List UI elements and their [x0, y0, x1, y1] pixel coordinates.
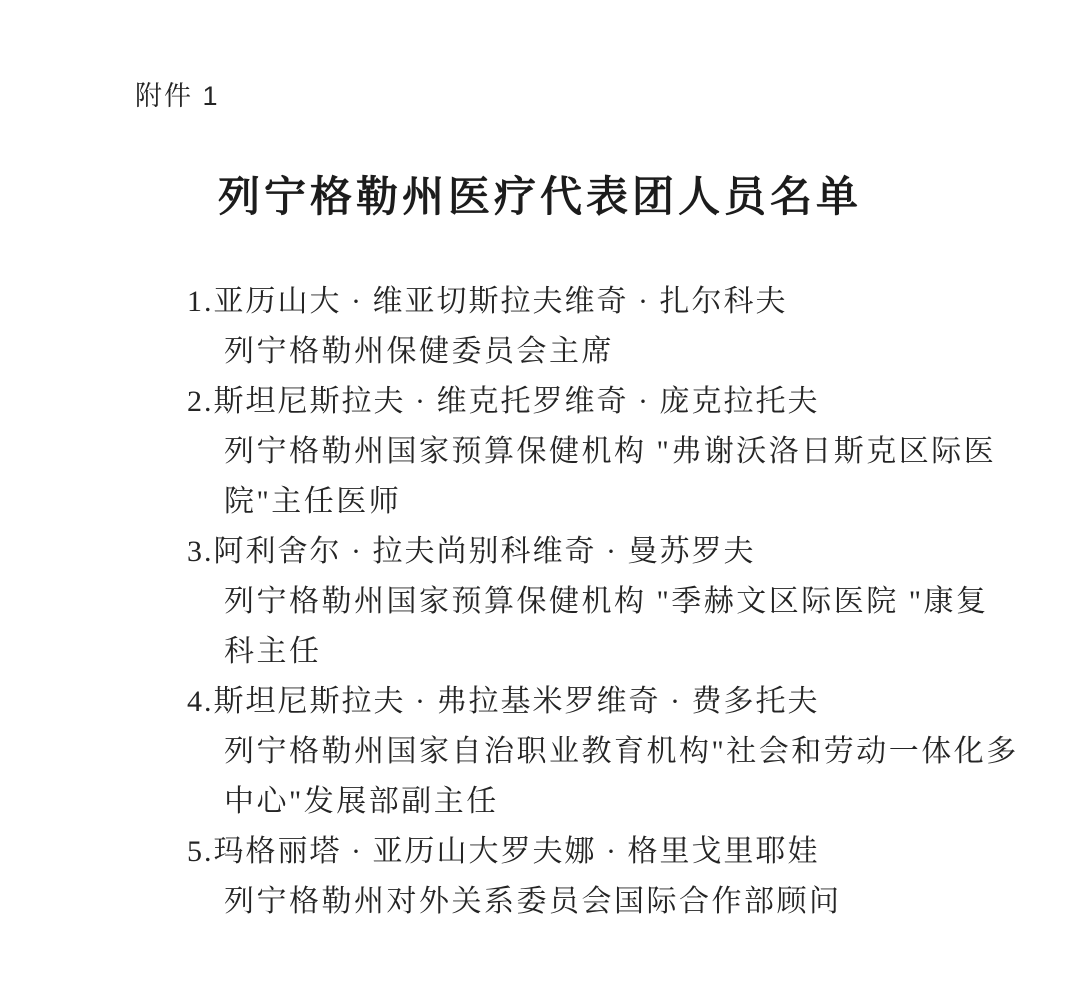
member-role-line: 列宁格勒州国家预算保健机构 "季赫文区际医院 "康复	[0, 577, 1080, 627]
list-item: 2.斯坦尼斯拉夫 · 维克托罗维奇 · 庞克拉托夫列宁格勒州国家预算保健机构 "…	[0, 377, 1080, 527]
member-role-line: 中心"发展部副主任	[0, 777, 1080, 827]
member-name: 1.亚历山大 · 维亚切斯拉夫维奇 · 扎尔科夫	[0, 277, 1080, 327]
list-item: 1.亚历山大 · 维亚切斯拉夫维奇 · 扎尔科夫列宁格勒州保健委员会主席	[0, 277, 1080, 377]
member-role-line: 院"主任医师	[0, 477, 1080, 527]
member-role-line: 列宁格勒州保健委员会主席	[0, 327, 1080, 377]
list-item: 5.玛格丽塔 · 亚历山大罗夫娜 · 格里戈里耶娃列宁格勒州对外关系委员会国际合…	[0, 827, 1080, 927]
member-role-line: 科主任	[0, 627, 1080, 677]
member-role-line: 列宁格勒州国家预算保健机构 "弗谢沃洛日斯克区际医	[0, 427, 1080, 477]
member-name: 2.斯坦尼斯拉夫 · 维克托罗维奇 · 庞克拉托夫	[0, 377, 1080, 427]
member-name: 4.斯坦尼斯拉夫 · 弗拉基米罗维奇 · 费多托夫	[0, 677, 1080, 727]
document-title: 列宁格勒州医疗代表团人员名单	[0, 164, 1080, 224]
member-role-line: 列宁格勒州国家自治职业教育机构"社会和劳动一体化多	[0, 727, 1080, 777]
list-item: 3.阿利舍尔 · 拉夫尚别科维奇 · 曼苏罗夫列宁格勒州国家预算保健机构 "季赫…	[0, 527, 1080, 677]
list-item: 4.斯坦尼斯拉夫 · 弗拉基米罗维奇 · 费多托夫列宁格勒州国家自治职业教育机构…	[0, 677, 1080, 827]
member-list: 1.亚历山大 · 维亚切斯拉夫维奇 · 扎尔科夫列宁格勒州保健委员会主席2.斯坦…	[0, 277, 1080, 927]
member-role-line: 列宁格勒州对外关系委员会国际合作部顾问	[0, 877, 1080, 927]
attachment-label: 附件 1	[135, 74, 220, 113]
member-name: 3.阿利舍尔 · 拉夫尚别科维奇 · 曼苏罗夫	[0, 527, 1080, 577]
document-page: 附件 1 列宁格勒州医疗代表团人员名单 1.亚历山大 · 维亚切斯拉夫维奇 · …	[0, 0, 1080, 982]
member-name: 5.玛格丽塔 · 亚历山大罗夫娜 · 格里戈里耶娃	[0, 827, 1080, 877]
